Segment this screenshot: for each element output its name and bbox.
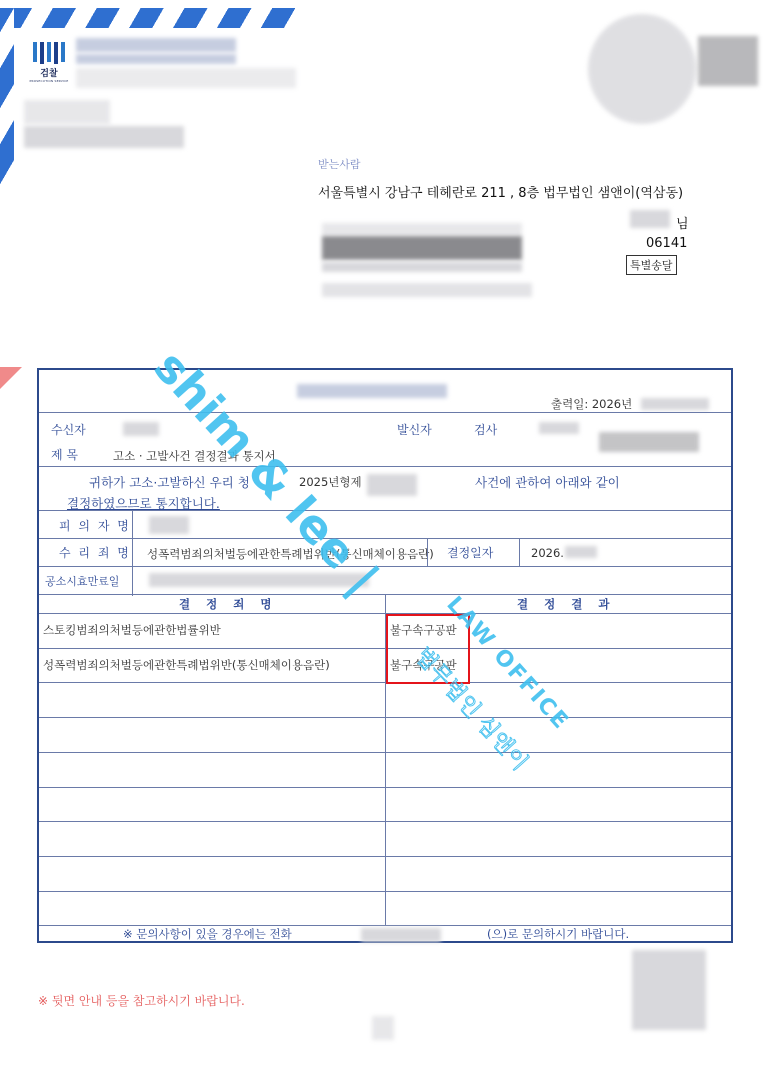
print-date: 출력일: 2026년 xyxy=(551,396,632,412)
decision-date-label: 결정일자 xyxy=(447,544,493,561)
logo-subtitle: PROSECUTION SERVICE xyxy=(26,79,72,83)
redacted-stamp xyxy=(588,14,696,124)
redacted-sender-line xyxy=(76,68,296,88)
subject-label: 제 목 xyxy=(51,446,78,463)
redacted-sender-seal xyxy=(599,432,699,452)
redacted-barcode-line xyxy=(322,223,522,235)
charge-label: 수 리 죄 명 xyxy=(59,544,131,561)
redacted-decision-date xyxy=(565,546,597,558)
redacted-sender-line xyxy=(24,100,110,124)
redacted-page-mark xyxy=(372,1016,394,1040)
suspect-label: 피 의 자 명 xyxy=(59,517,131,534)
redacted-print-date xyxy=(641,398,709,410)
sender-role: 검사 xyxy=(474,421,497,438)
redacted-barcode xyxy=(322,236,522,260)
decisions-header-result: 결 정 결 과 xyxy=(517,596,615,612)
redacted-form-title xyxy=(297,384,447,398)
recipient-address: 서울특별시 강남구 테헤란로 211 , 8층 법무법인 샘앤이(역삼동) xyxy=(318,182,683,201)
decision-charge: 스토킹범죄의처벌등에관한법률위반 xyxy=(43,622,221,638)
sender-field-label: 발신자 xyxy=(397,421,432,438)
subject-value: 고소 · 고발사건 결정결과 통지서 xyxy=(113,448,276,464)
decision-charge: 성폭력범죄의처벌등에관한특례법위반(통신매체이용음란) xyxy=(43,657,330,673)
redacted-sender xyxy=(539,422,579,434)
redacted-sender-line xyxy=(76,38,236,52)
decisions-header-charge: 결 정 죄 명 xyxy=(179,596,277,612)
redacted-suspect xyxy=(149,516,189,534)
decision-date-value: 2026. xyxy=(531,546,564,560)
footer-text-1: ※ 문의사항이 있을 경우에는 전화 xyxy=(123,926,292,942)
redacted-limitation-date xyxy=(149,573,369,587)
notice-text-2: 사건에 관하여 아래와 같이 xyxy=(475,473,620,491)
corner-mark xyxy=(0,367,22,389)
redacted-barcode-line xyxy=(322,283,532,297)
logo-name: 검찰 xyxy=(26,66,72,79)
footer-text-2: (으)로 문의하시기 바랍니다. xyxy=(487,926,629,942)
honorific: 님 xyxy=(676,213,689,232)
charge-value: 성폭력범죄의처벌등에관한특례법위반(통신매체이용음란) xyxy=(147,546,434,562)
recipient-field-label: 수신자 xyxy=(51,421,86,438)
notice-text-1: 귀하가 고소·고발하신 우리 청 xyxy=(89,473,250,491)
redacted-stamp xyxy=(632,950,706,1030)
highlight-box xyxy=(386,614,470,684)
redacted-case-number xyxy=(367,474,417,496)
limitation-label: 공소시효만료일 xyxy=(45,573,119,589)
delivery-type-badge: 특별송달 xyxy=(626,255,677,275)
decision-notice-form: 출력일: 2026년 수신자 발신자 검사 제 목 고소 · 고발사건 결정결과… xyxy=(37,368,733,943)
redacted-sender-line xyxy=(24,126,184,148)
airmail-stripe-top xyxy=(0,8,300,28)
back-note: ※ 뒷면 안내 등을 참고하시기 바랍니다. xyxy=(38,992,245,1009)
redacted-sender-line xyxy=(76,54,236,64)
redacted-barcode-line xyxy=(322,262,522,272)
redacted-barcode xyxy=(698,36,758,86)
redacted-recipient xyxy=(123,422,159,436)
postal-code: 06141 xyxy=(646,236,687,251)
redacted-phone xyxy=(361,928,441,942)
case-number: 2025년형제 xyxy=(299,474,362,490)
logo-bars-icon xyxy=(26,42,72,64)
recipient-label: 받는사람 xyxy=(318,156,361,172)
airmail-stripe-left xyxy=(0,8,14,188)
prosecution-logo: 검찰 PROSECUTION SERVICE xyxy=(26,40,72,90)
redacted-recipient-name xyxy=(630,210,670,228)
